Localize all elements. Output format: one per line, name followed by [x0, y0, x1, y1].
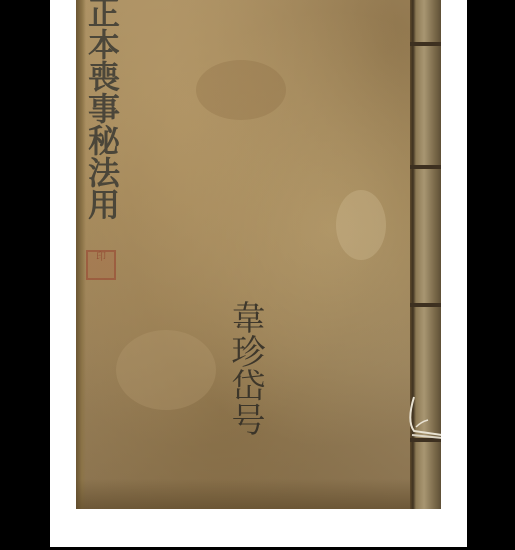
binding-thread	[410, 42, 441, 46]
binding-thread	[410, 165, 441, 169]
paper-stain	[196, 60, 286, 120]
book-title: 正本喪事秘法用	[80, 0, 120, 220]
red-seal-stamp: 印	[86, 250, 116, 280]
loose-thread-icon	[406, 395, 441, 445]
author-inscription: 韋珍岱号	[226, 300, 266, 436]
binding-thread	[410, 303, 441, 307]
paper-stain	[336, 190, 386, 260]
cover-bottom-edge	[76, 479, 441, 509]
paper-stain	[116, 330, 216, 410]
book-cover: 正本喪事秘法用 印 韋珍岱号	[76, 0, 441, 509]
